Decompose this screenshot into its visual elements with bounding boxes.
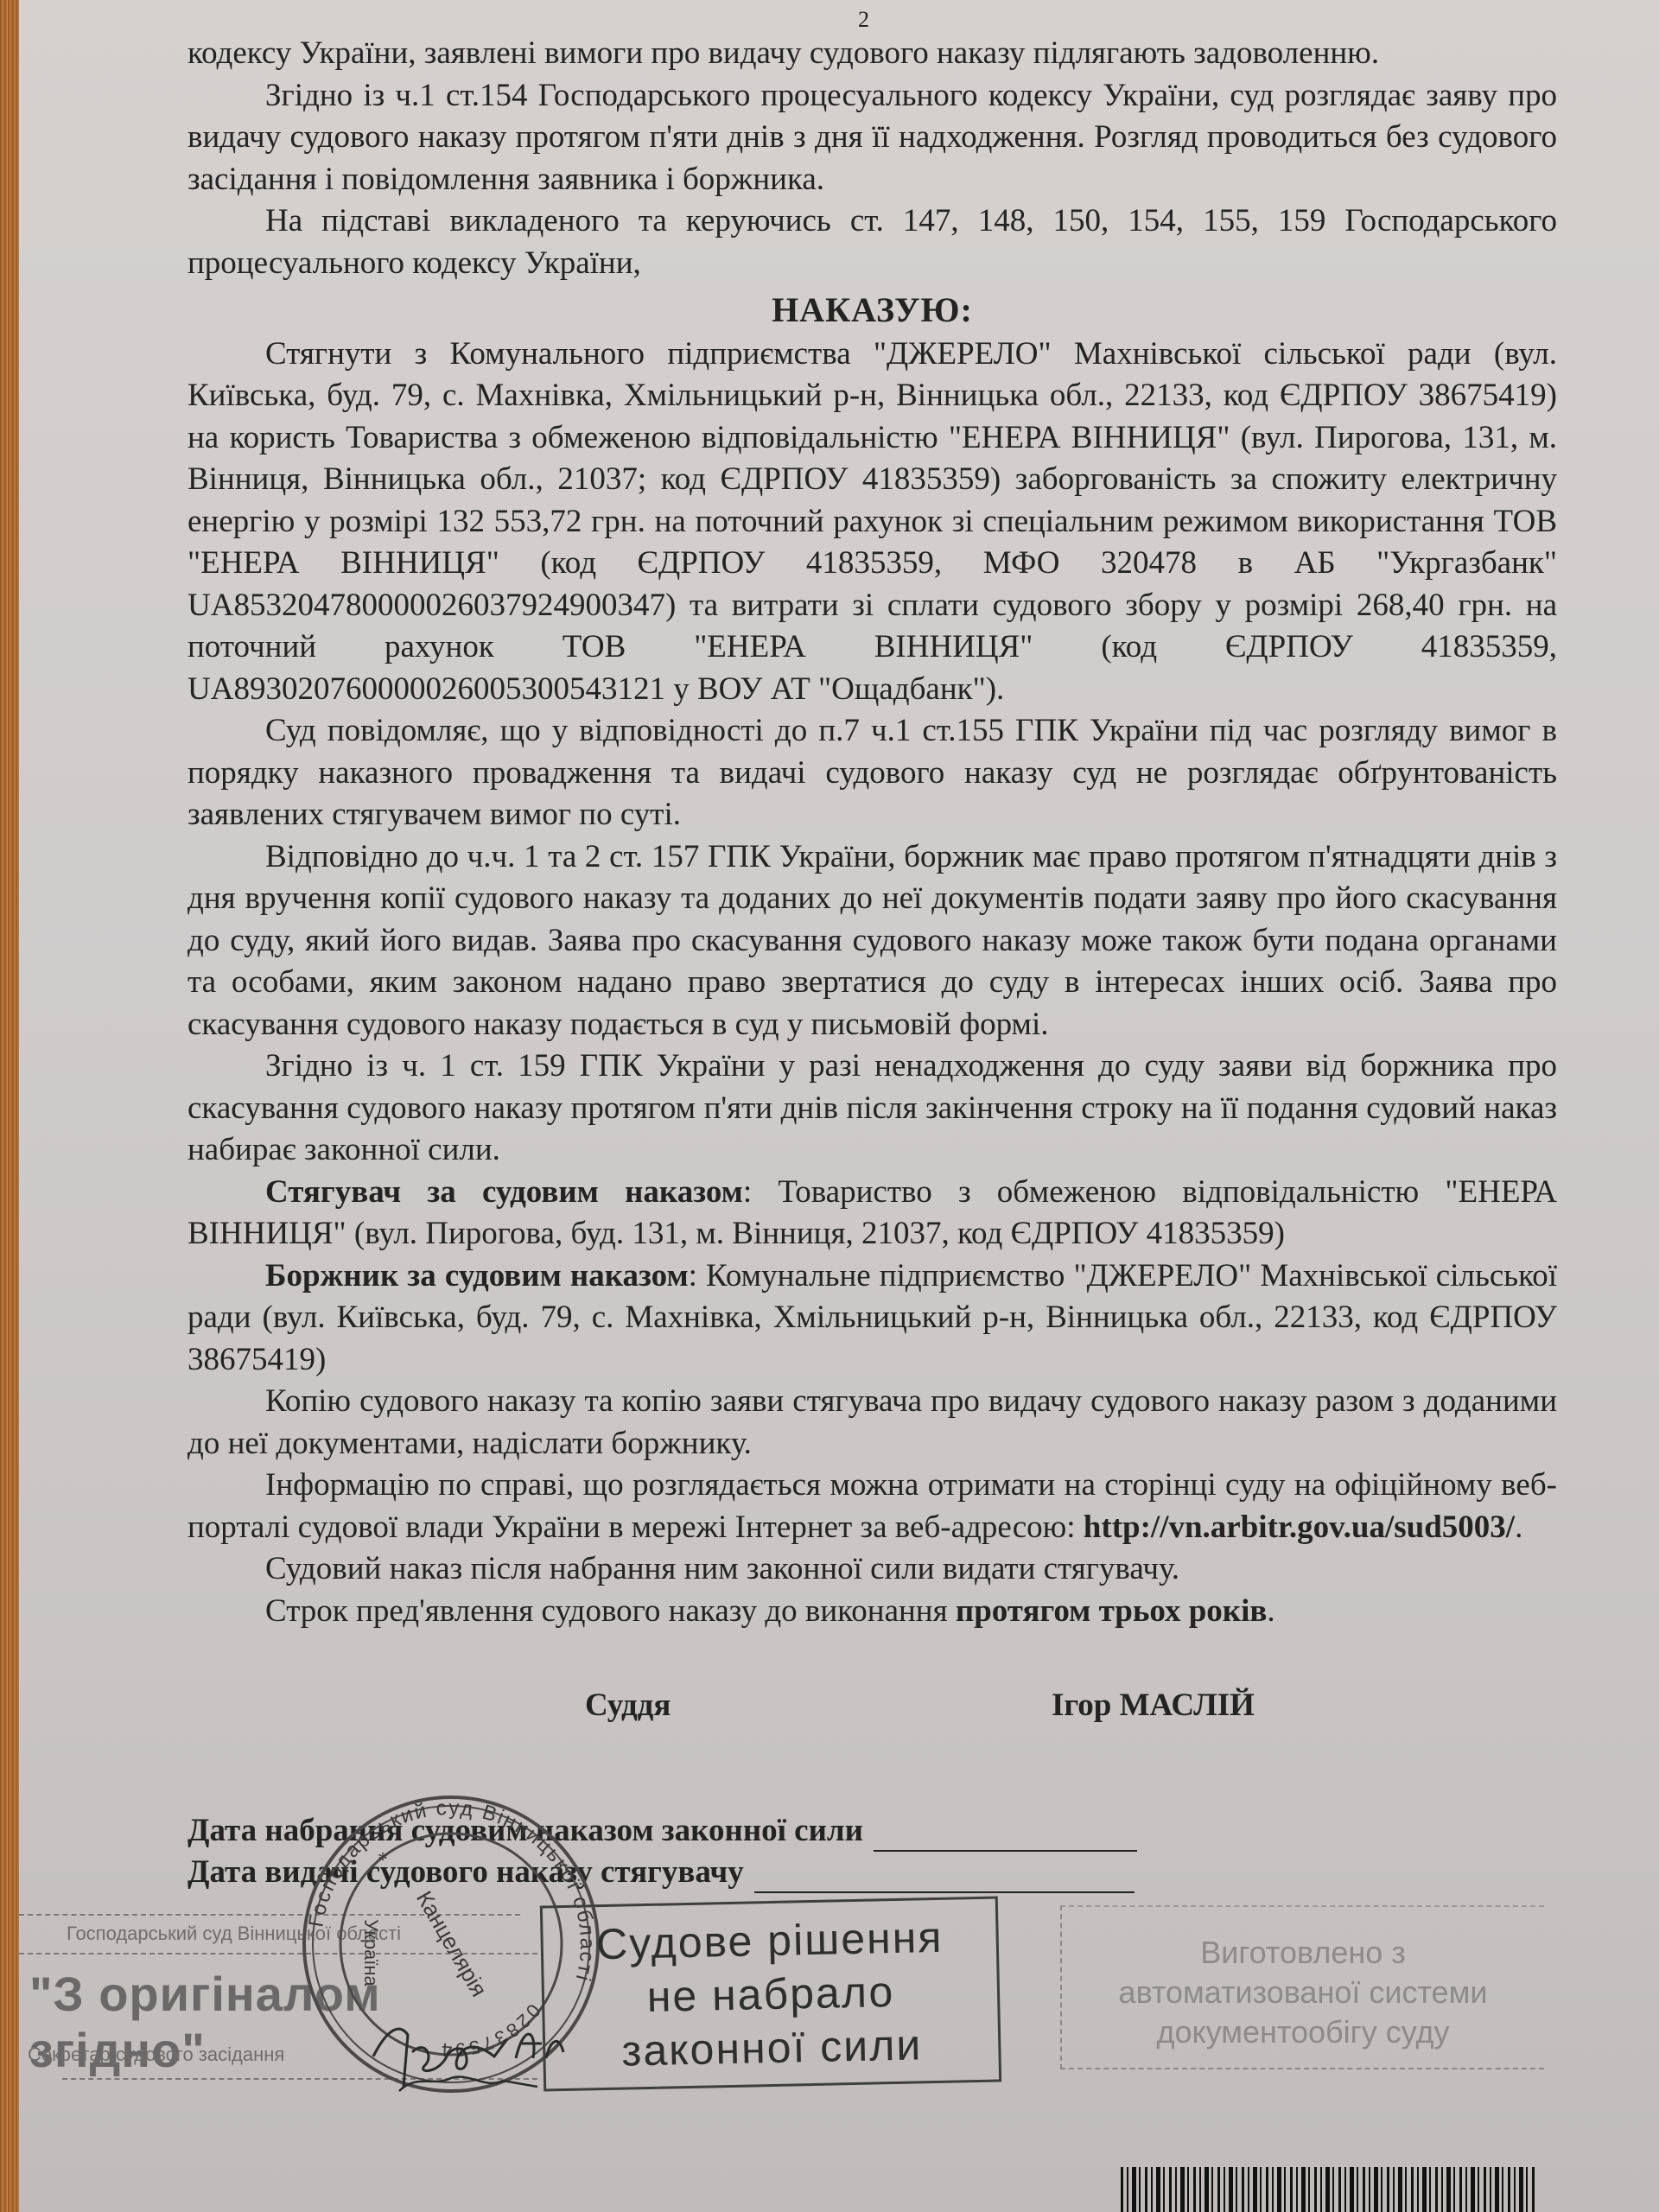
judge-name: Ігор МАСЛІЙ xyxy=(1052,1685,1255,1727)
court-url-link[interactable]: http://vn.arbitr.gov.ua/sud5003/ xyxy=(1084,1510,1515,1545)
document-page: 2 кодексу України, заявлені вимоги про в… xyxy=(19,0,1659,2212)
document-barcode xyxy=(1121,2167,1535,2212)
automated-system-stamp: Виготовлено з автоматизованої системи до… xyxy=(1060,1905,1544,2069)
term-suffix: . xyxy=(1267,1593,1274,1629)
document-body: 2 кодексу України, заявлені вимоги про в… xyxy=(188,0,1557,1632)
not-in-force-line-1: Судове рішення xyxy=(543,1910,996,1973)
date-issue-blank xyxy=(754,1862,1135,1893)
paragraph-entry-into-force: Згідно із ч. 1 ст. 159 ГПК України у раз… xyxy=(188,1046,1557,1172)
judge-role: Суддя xyxy=(585,1685,671,1727)
debtor-label: Боржник за судовим наказом xyxy=(265,1258,689,1294)
handwritten-signature-icon xyxy=(365,2005,572,2100)
not-in-force-stamp: Судове рішення не набрало законної сили xyxy=(540,1896,1001,2091)
paragraph-debtor: Боржник за судовим наказом: Комунальне п… xyxy=(188,1255,1557,1382)
svg-text:*: * xyxy=(378,1849,388,1872)
paragraph-court-notice: Суд повідомляє, що у відповідності до п.… xyxy=(188,710,1557,836)
date-entry-into-force-blank xyxy=(874,1821,1137,1852)
not-in-force-line-3: законної сили xyxy=(545,2017,999,2080)
paragraph-review-procedure: Згідно із ч.1 ст.154 Господарського проц… xyxy=(188,75,1557,201)
paragraph-cancellation-right: Відповідно до ч.ч. 1 та 2 ст. 157 ГПК Ук… xyxy=(188,836,1557,1046)
paragraph-creditor: Стягувач за судовим наказом: Товариство … xyxy=(188,1172,1557,1255)
paragraph-legal-basis: На підставі викладеного та керуючись ст.… xyxy=(188,200,1557,284)
auto-stamp-line-2: автоматизованої системи xyxy=(1062,1973,1544,2012)
paragraph-statute-conclusion: кодексу України, заявлені вимоги про вид… xyxy=(188,33,1557,75)
case-info-suffix: . xyxy=(1515,1510,1522,1545)
paragraph-issue-to-creditor: Судовий наказ після набрання ним законно… xyxy=(188,1548,1557,1591)
svg-text:Канцелярія: Канцелярія xyxy=(411,1886,493,2001)
paragraph-enforcement-term: Строк пред'явлення судового наказу до ви… xyxy=(188,1591,1557,1633)
page-number: 2 xyxy=(170,0,1557,33)
svg-text:Україна: Україна xyxy=(360,1919,382,1986)
creditor-label: Стягувач за судовим наказом xyxy=(265,1174,743,1210)
paragraph-copy-dispatch: Копію судового наказу та копію заяви стя… xyxy=(188,1381,1557,1465)
judge-signature-block: Суддя Ігор МАСЛІЙ xyxy=(188,1685,1557,1728)
stamp-secretary: Секретар судового засідання xyxy=(28,2044,284,2066)
not-in-force-line-2: не набрало xyxy=(543,1963,997,2026)
term-text: Строк пред'явлення судового наказу до ви… xyxy=(265,1593,956,1629)
auto-stamp-line-1: Виготовлено з xyxy=(1062,1933,1544,1973)
auto-stamp-line-3: документообігу суду xyxy=(1062,2012,1544,2052)
paragraph-case-info: Інформацію по справі, що розглядається м… xyxy=(188,1465,1557,1548)
order-heading: НАКАЗУЮ: xyxy=(188,289,1557,332)
paragraph-recovery-order: Стягнути з Комунального підприємства "ДЖ… xyxy=(188,334,1557,711)
term-bold: протягом трьох років xyxy=(956,1593,1268,1629)
